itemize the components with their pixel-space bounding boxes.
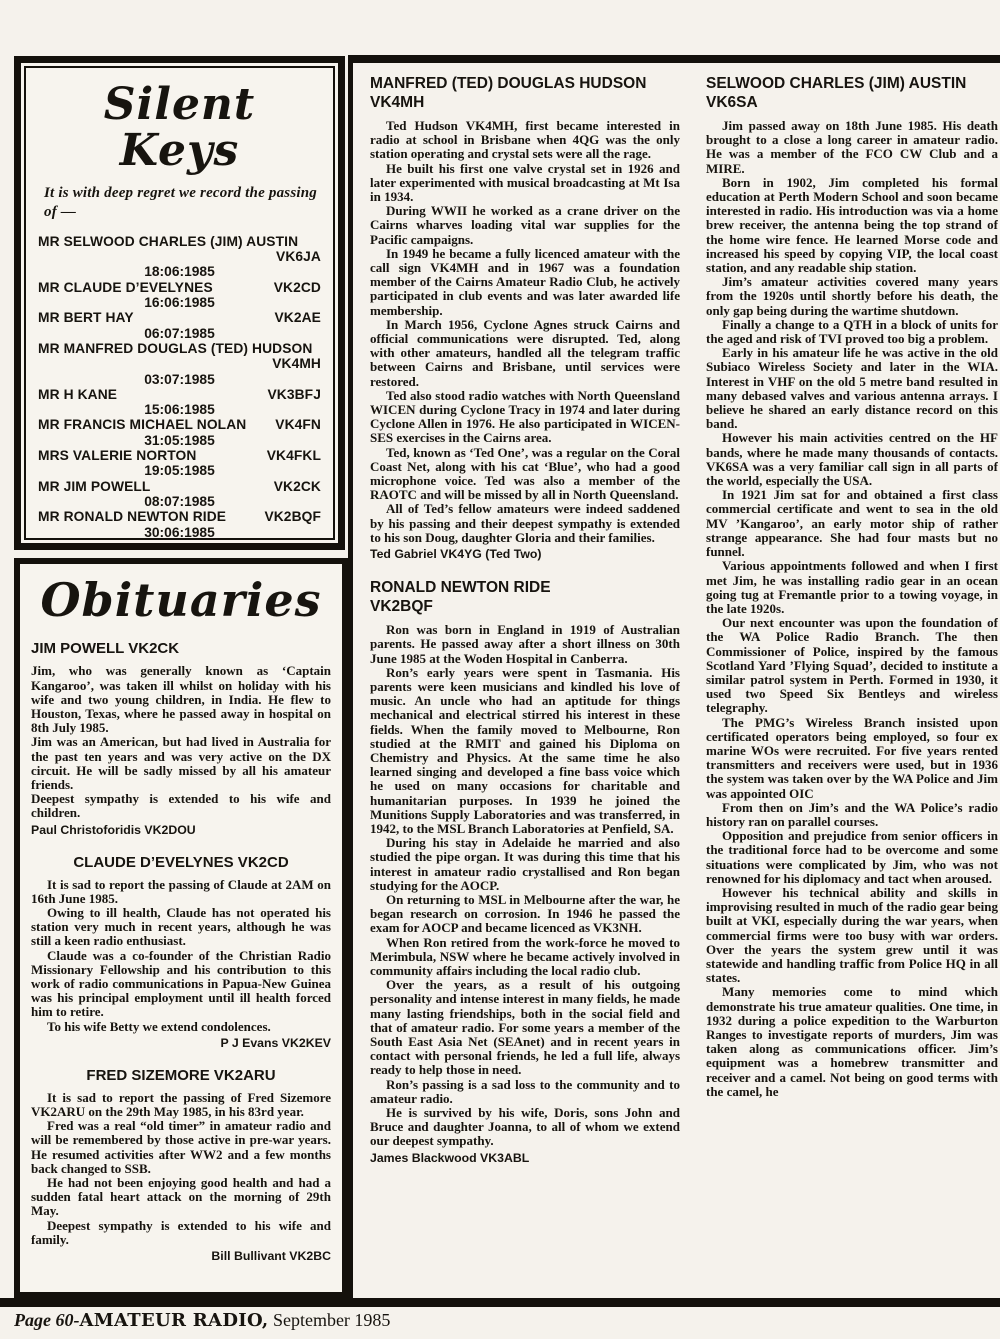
article-heading-name: MANFRED (TED) DOUGLAS HUDSON <box>370 74 680 93</box>
article-paragraph: On returning to MSL in Melbourne after t… <box>370 893 680 936</box>
obituary-paragraph: It is sad to report the passing of Claud… <box>31 878 331 906</box>
entry-date: 16:06:1985 <box>38 295 321 310</box>
entry-date: 19:05:1985 <box>38 463 321 478</box>
article-paragraph: However his technical ability and skills… <box>706 886 998 985</box>
article-paragraph: From then on Jim’s and the WA Police’s r… <box>706 801 998 829</box>
footer-page-number: Page 60- <box>14 1310 79 1330</box>
silent-keys-entry: MR SELWOOD CHARLES (JIM) AUSTINVK6JA <box>38 234 321 265</box>
article-heading-name: SELWOOD CHARLES (JIM) AUSTIN <box>706 74 998 93</box>
article-hudson: MANFRED (TED) DOUGLAS HUDSON VK4MH Ted H… <box>370 74 680 562</box>
article-austin: SELWOOD CHARLES (JIM) AUSTIN VK6SA Jim p… <box>706 74 998 1099</box>
obituary-paragraph: Deepest sympathy is extended to his wife… <box>31 1219 331 1247</box>
article-heading: MANFRED (TED) DOUGLAS HUDSON VK4MH <box>370 74 680 112</box>
article-heading: SELWOOD CHARLES (JIM) AUSTIN VK6SA <box>706 74 998 112</box>
obituary-byline: Bill Bullivant VK2BC <box>31 1249 331 1264</box>
entry-date: 15:06:1985 <box>38 402 321 417</box>
entry-name: MR CLAUDE D’EVELYNES <box>38 280 213 295</box>
obituary-claude-develynes: CLAUDE D’EVELYNES VK2CD It is sad to rep… <box>31 854 331 1051</box>
article-heading-callsign: VK6SA <box>706 93 998 112</box>
silent-keys-inner-frame: Silent Keys It is with deep regret we re… <box>24 66 335 540</box>
article-paragraph: In 1949 he became a fully licenced amate… <box>370 247 680 318</box>
article-heading-callsign: VK2BQF <box>370 597 680 616</box>
entry-callsign: VK2CK <box>274 479 321 494</box>
entry-name: MR MANFRED DOUGLAS (TED) HUDSON <box>38 341 312 356</box>
article-paragraph: Ron’s early years were spent in Tasmania… <box>370 666 680 836</box>
entry-name: MR FRANCIS MICHAEL NOLAN <box>38 417 246 432</box>
article-paragraph: Ted, known as ‘Ted One’, was a regular o… <box>370 446 680 503</box>
obituary-byline: Paul Christoforidis VK2DOU <box>31 823 331 838</box>
article-paragraph: In March 1956, Cyclone Agnes struck Cair… <box>370 318 680 389</box>
entry-name: MR H KANE <box>38 387 117 402</box>
entry-date: 08:07:1985 <box>38 494 321 509</box>
obituary-paragraph: Claude was a co-founder of the Christian… <box>31 949 331 1020</box>
article-paragraph: Ron’s passing is a sad loss to the commu… <box>370 1078 680 1106</box>
entry-callsign: VK2AE <box>274 310 321 325</box>
article-heading: RONALD NEWTON RIDE VK2BQF <box>370 578 680 616</box>
article-paragraph: Ted also stood radio watches with North … <box>370 389 680 446</box>
silent-keys-list: MR SELWOOD CHARLES (JIM) AUSTINVK6JA 18:… <box>38 234 321 540</box>
entry-callsign: VK4FKL <box>267 448 321 463</box>
article-paragraph: When Ron retired from the work-force he … <box>370 936 680 979</box>
silent-keys-entry: MR RONALD NEWTON RIDEVK2BQF <box>38 509 321 524</box>
footer-issue-date: September 1985 <box>268 1310 390 1330</box>
obituary-heading: CLAUDE D’EVELYNES VK2CD <box>31 854 331 872</box>
obituary-body: It is sad to report the passing of Claud… <box>31 878 331 1034</box>
obituary-body: It is sad to report the passing of Fred … <box>31 1091 331 1247</box>
article-body: Ted Hudson VK4MH, first became intereste… <box>370 119 680 545</box>
articles-section: MANFRED (TED) DOUGLAS HUDSON VK4MH Ted H… <box>348 55 1000 1298</box>
silent-keys-title: Silent Keys <box>38 82 321 174</box>
silent-keys-entry: MR MANFRED DOUGLAS (TED) HUDSONVK4MH <box>38 341 321 372</box>
article-ride: RONALD NEWTON RIDE VK2BQF Ron was born i… <box>370 578 680 1166</box>
obituary-paragraph: He had not been enjoying good health and… <box>31 1176 331 1219</box>
silent-keys-entry: MR CLAUDE D’EVELYNESVK2CD <box>38 280 321 295</box>
entry-date: 06:07:1985 <box>38 326 321 341</box>
article-paragraph: Over the years, as a result of his outgo… <box>370 978 680 1077</box>
bottom-rule <box>0 1298 1000 1307</box>
entry-callsign: VK4FN <box>275 417 321 432</box>
obituary-paragraph: Jim was an American, but had lived in Au… <box>31 735 331 792</box>
silent-keys-entry: MR H KANEVK3BFJ <box>38 387 321 402</box>
article-paragraph: He built his first one valve crystal set… <box>370 162 680 205</box>
article-paragraph: Ted Hudson VK4MH, first became intereste… <box>370 119 680 162</box>
silent-keys-entry: MR FRANCIS MICHAEL NOLANVK4FN <box>38 417 321 432</box>
silent-keys-box: Silent Keys It is with deep regret we re… <box>14 56 345 550</box>
magazine-page: { "silent_keys": { "title": "Silent Keys… <box>0 0 1000 1339</box>
obituary-paragraph: Deepest sympathy is extended to his wife… <box>31 792 331 820</box>
entry-date: 31:05:1985 <box>38 433 321 448</box>
article-heading-callsign: VK4MH <box>370 93 680 112</box>
entry-date: 30:06:1985 <box>38 525 321 540</box>
obituary-paragraph: It is sad to report the passing of Fred … <box>31 1091 331 1119</box>
article-paragraph: Jim’s amateur activities covered many ye… <box>706 275 998 318</box>
entry-name: MR JIM POWELL <box>38 479 150 494</box>
middle-column: MANFRED (TED) DOUGLAS HUDSON VK4MH Ted H… <box>370 74 680 1298</box>
obituaries-title: Obituaries <box>31 576 331 624</box>
entry-callsign: VK4MH <box>272 356 321 371</box>
article-byline: James Blackwood VK3ABL <box>370 1151 680 1166</box>
article-paragraph: However his main activities centred on t… <box>706 431 998 488</box>
obituary-heading: FRED SIZEMORE VK2ARU <box>31 1067 331 1085</box>
article-paragraph: In 1921 Jim sat for and obtained a first… <box>706 488 998 559</box>
silent-keys-entry: MR BERT HAYVK2AE <box>38 310 321 325</box>
article-body: Jim passed away on 18th June 1985. His d… <box>706 119 998 1099</box>
article-paragraph: During his stay in Adelaide he married a… <box>370 836 680 893</box>
article-heading-name: RONALD NEWTON RIDE <box>370 578 680 597</box>
silent-keys-intro: It is with deep regret we record the pas… <box>44 184 317 222</box>
obituary-paragraph: Jim, who was generally known as ‘Captain… <box>31 664 331 735</box>
article-paragraph: He is survived by his wife, Doris, sons … <box>370 1106 680 1149</box>
article-body: Ron was born in England in 1919 of Austr… <box>370 623 680 1149</box>
obituary-body: Jim, who was generally known as ‘Captain… <box>31 664 331 820</box>
entry-name: MR SELWOOD CHARLES (JIM) AUSTIN <box>38 234 298 249</box>
entry-callsign: VK2CD <box>274 280 321 295</box>
entry-callsign: VK6JA <box>276 249 321 264</box>
obituary-byline: P J Evans VK2KEV <box>31 1036 331 1051</box>
obituary-paragraph: Fred was a real “old timer” in amateur r… <box>31 1119 331 1176</box>
entry-callsign: VK2BQF <box>264 509 321 524</box>
article-paragraph: Early in his amateur life he was active … <box>706 346 998 431</box>
silent-keys-entry: MRS VALERIE NORTONVK4FKL <box>38 448 321 463</box>
entry-name: MR BERT HAY <box>38 310 134 325</box>
article-paragraph: Opposition and prejudice from senior off… <box>706 829 998 886</box>
article-paragraph: Various appointments followed and when I… <box>706 559 998 616</box>
entry-callsign: VK3BFJ <box>267 387 321 402</box>
article-paragraph: During WWII he worked as a crane driver … <box>370 204 680 247</box>
page-footer: Page 60-AMATEUR RADIO, September 1985 <box>14 1310 390 1331</box>
obituary-jim-powell: JIM POWELL VK2CK Jim, who was generally … <box>31 640 331 837</box>
silent-keys-entry: MR JIM POWELLVK2CK <box>38 479 321 494</box>
entry-name: MRS VALERIE NORTON <box>38 448 196 463</box>
entry-date: 03:07:1985 <box>38 372 321 387</box>
obituary-fred-sizemore: FRED SIZEMORE VK2ARU It is sad to report… <box>31 1067 331 1264</box>
article-paragraph: All of Ted’s fellow amateurs were indeed… <box>370 502 680 545</box>
entry-name: MR RONALD NEWTON RIDE <box>38 509 226 524</box>
article-paragraph: Born in 1902, Jim completed his formal e… <box>706 176 998 275</box>
article-paragraph: The PMG’s Wireless Branch insisted upon … <box>706 716 998 801</box>
entry-date: 18:06:1985 <box>38 264 321 279</box>
article-paragraph: Ron was born in England in 1919 of Austr… <box>370 623 680 666</box>
article-paragraph: Many memories come to mind which demonst… <box>706 985 998 1099</box>
obituary-paragraph: To his wife Betty we extend condolences. <box>31 1020 331 1034</box>
article-byline: Ted Gabriel VK4YG (Ted Two) <box>370 547 680 562</box>
article-paragraph: Finally a change to a QTH in a block of … <box>706 318 998 346</box>
obituary-heading: JIM POWELL VK2CK <box>31 640 331 658</box>
obituaries-box: Obituaries JIM POWELL VK2CK Jim, who was… <box>14 558 348 1298</box>
article-paragraph: Jim passed away on 18th June 1985. His d… <box>706 119 998 176</box>
right-column: SELWOOD CHARLES (JIM) AUSTIN VK6SA Jim p… <box>706 74 998 1298</box>
footer-magazine-name: AMATEUR RADIO, <box>79 1310 268 1331</box>
obituary-paragraph: Owing to ill health, Claude has not oper… <box>31 906 331 949</box>
article-paragraph: Our next encounter was upon the foundati… <box>706 616 998 715</box>
